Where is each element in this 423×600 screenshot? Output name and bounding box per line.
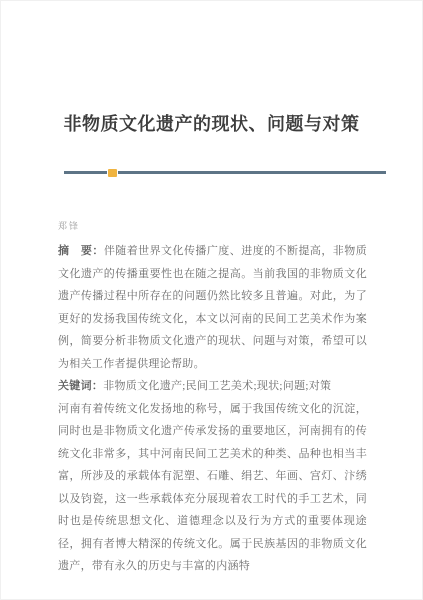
keywords-paragraph: 关键词：非物质文化遗产;民间工艺美术;现状;问题;对策 (58, 375, 367, 398)
title-divider (64, 171, 386, 174)
abstract-paragraph: 摘 要：伴随着世界文化传播广度、进度的不断提高，非物质文化遗产的传播重要性也在随… (58, 240, 367, 375)
abstract-label: 摘 要： (58, 245, 104, 257)
author-name: 郑锋 (58, 219, 80, 232)
keywords-text: 非物质文化遗产;民间工艺美术;现状;问题;对策 (103, 380, 331, 392)
document-page: 非物质文化遗产的现状、问题与对策 郑锋 摘 要：伴随着世界文化传播广度、进度的不… (0, 0, 423, 600)
body-paragraph: 河南有着传统文化发扬地的称号，属于我国传统文化的沉淀，同时也是非物质文化遗产传承… (58, 398, 367, 578)
abstract-text: 伴随着世界文化传播广度、进度的不断提高，非物质文化遗产的传播重要性也在随之提高。… (58, 245, 367, 370)
article-text-area: 摘 要：伴随着世界文化传播广度、进度的不断提高，非物质文化遗产的传播重要性也在随… (58, 240, 367, 578)
divider-square-marker-icon (107, 168, 118, 178)
keywords-label: 关键词： (58, 380, 103, 392)
page-title: 非物质文化遗产的现状、问题与对策 (1, 110, 422, 136)
